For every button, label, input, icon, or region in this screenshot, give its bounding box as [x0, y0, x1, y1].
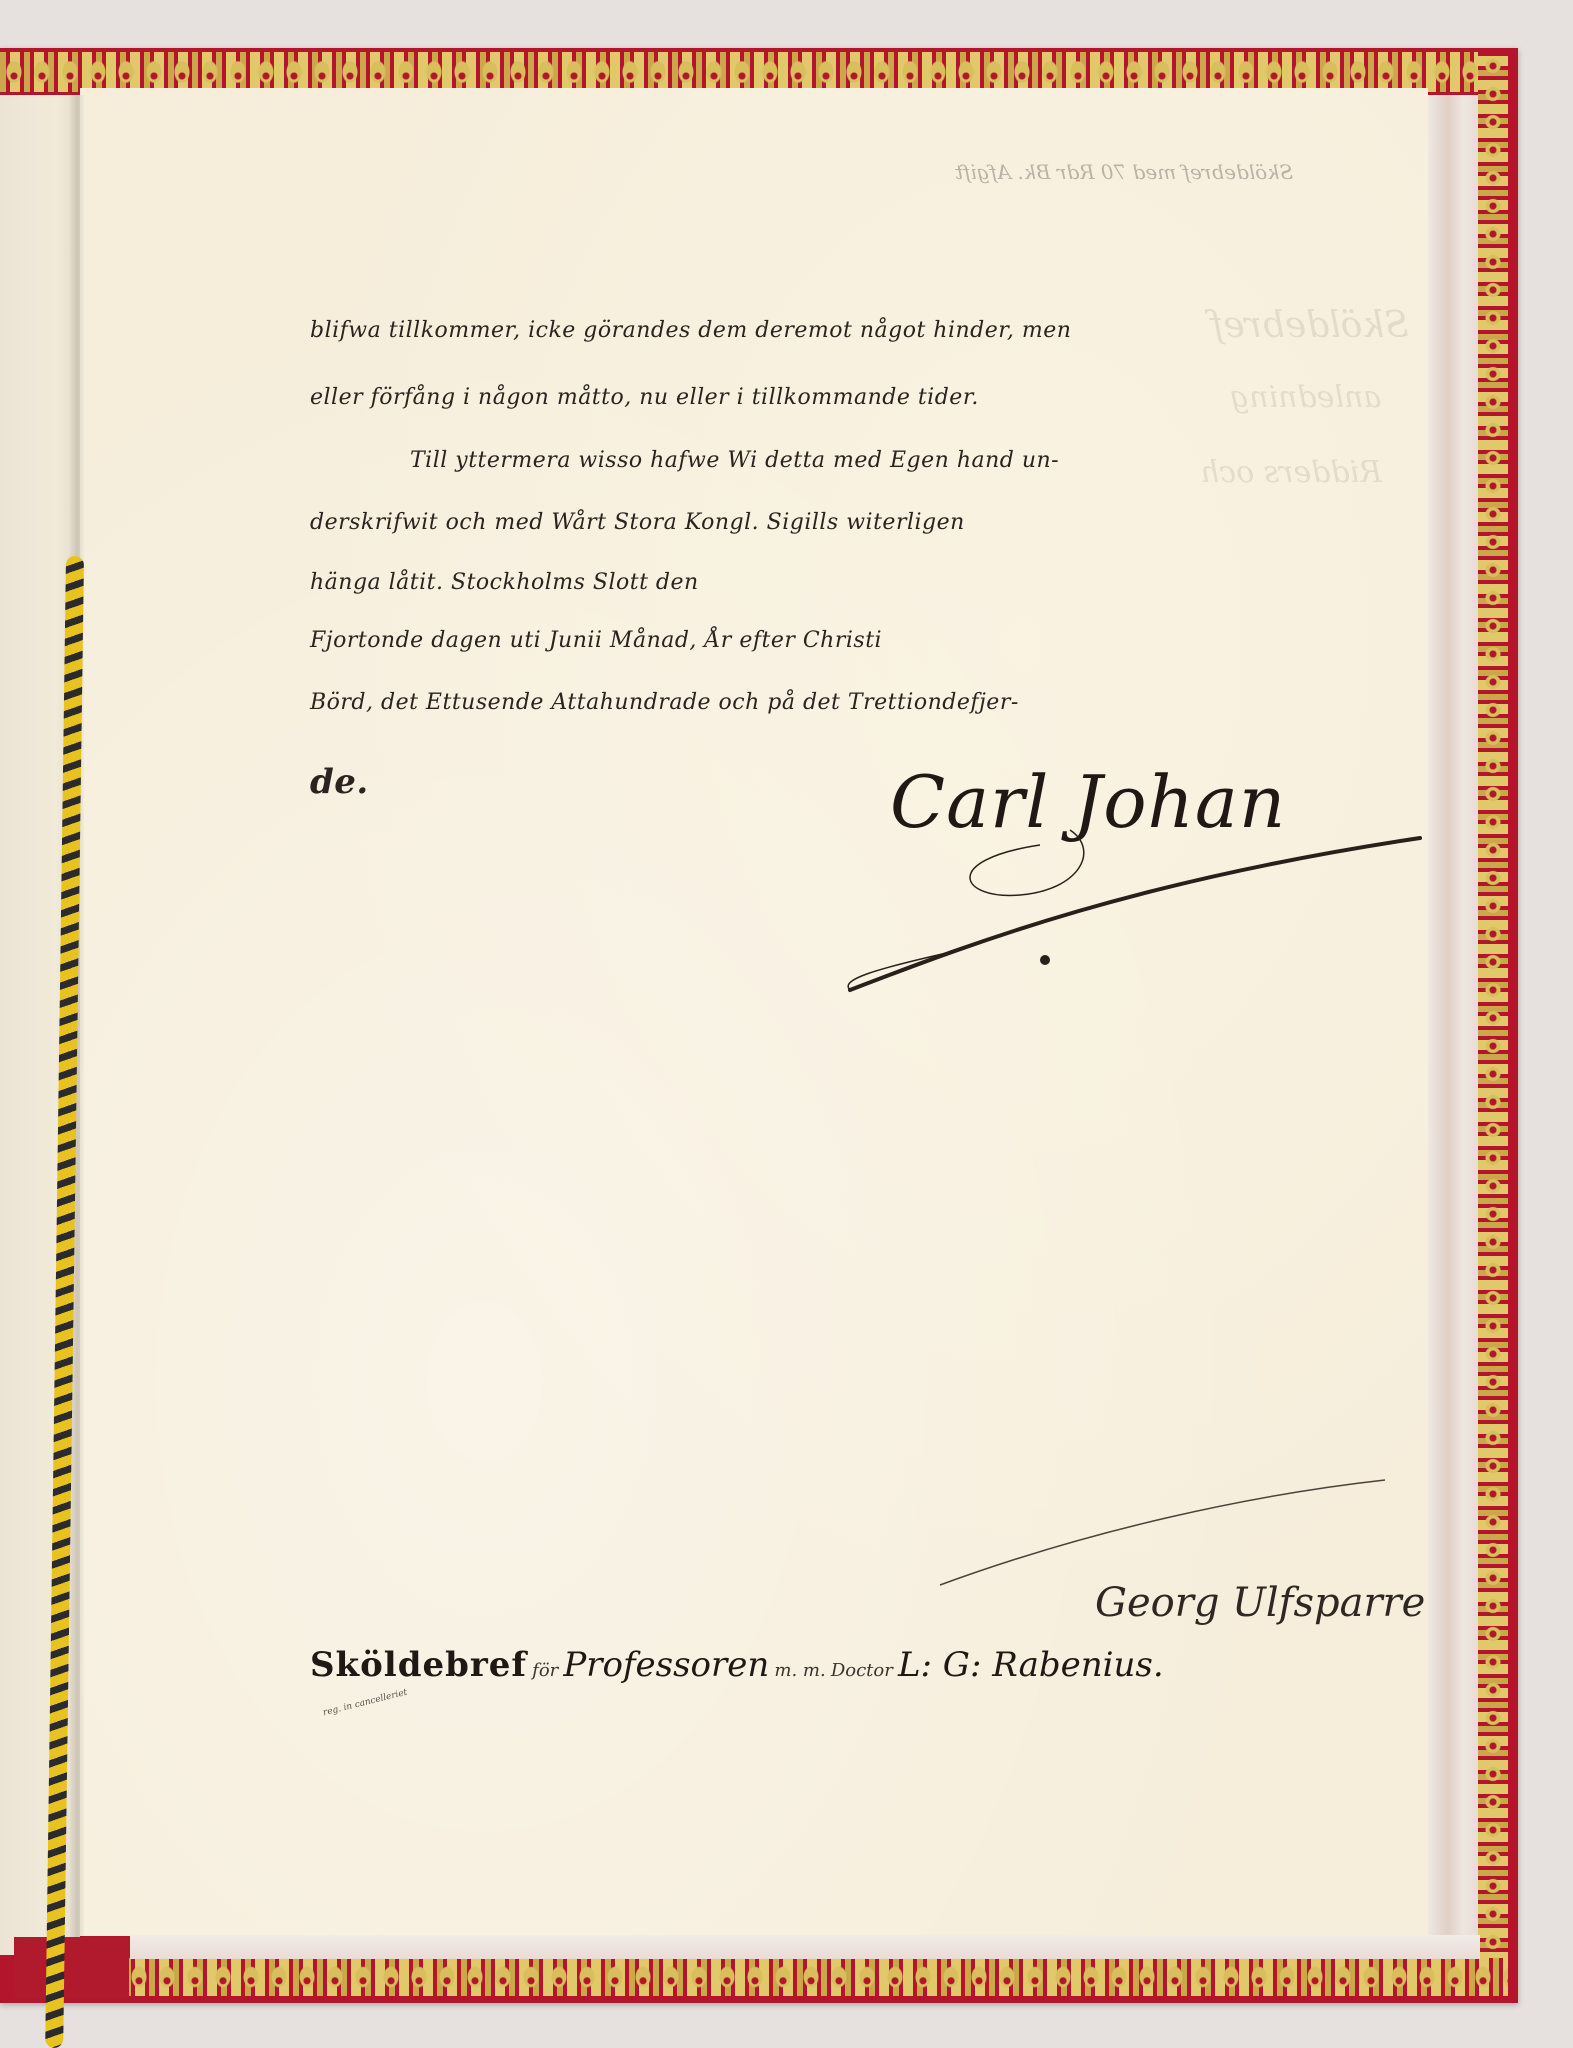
bleed-through-text: Ridders och [1200, 455, 1382, 490]
document-title-line: Sköldebref för Professoren m. m. Doctor … [310, 1645, 1164, 1685]
gold-tooled-border-right [1478, 52, 1508, 1996]
body-line-1: blifwa tillkommer, icke görandes dem der… [310, 318, 1071, 343]
pencil-annotation: Sköldebref med 70 Rdr Bk. Afgift [955, 160, 1293, 184]
title-word-professoren: Professoren [563, 1645, 769, 1685]
cord-tab [14, 1937, 129, 1999]
body-line-7: Börd, det Ettusende Attahundrade och på … [310, 690, 1019, 715]
gold-tooled-border-top [0, 52, 1508, 92]
gold-tooled-border-bottom [125, 1958, 1508, 1996]
countersignature-flourish [930, 1470, 1390, 1590]
marbled-bottom-edge [130, 1935, 1480, 1959]
recipient-name: L: G: Rabenius. [898, 1645, 1164, 1685]
body-line-8: de. [310, 762, 369, 802]
body-line-3: Till yttermera wisso hafwe Wi detta med … [410, 448, 1059, 473]
title-word-for: för [532, 1660, 558, 1681]
title-word-skoldebref: Sköldebref [310, 1645, 527, 1685]
body-line-5: hänga låtit. Stockholms Slott den [310, 570, 699, 595]
countersignature: Georg Ulfsparre [1095, 1580, 1425, 1626]
signature-flourish [840, 820, 1440, 1000]
marbled-inner-edge [1428, 95, 1478, 1955]
bleed-through-text: Sköldebref [1210, 305, 1409, 346]
body-line-2: eller förfång i någon måtto, nu eller i … [310, 385, 979, 410]
title-word-doctor: Doctor [831, 1660, 893, 1681]
bleed-through-text: anledning [1230, 380, 1381, 415]
title-word-mm: m. m. [774, 1660, 825, 1681]
body-line-4: derskrifwit och med Wårt Stora Kongl. Si… [310, 510, 965, 535]
body-line-6: Fjortonde dagen uti Junii Månad, År efte… [310, 628, 882, 653]
